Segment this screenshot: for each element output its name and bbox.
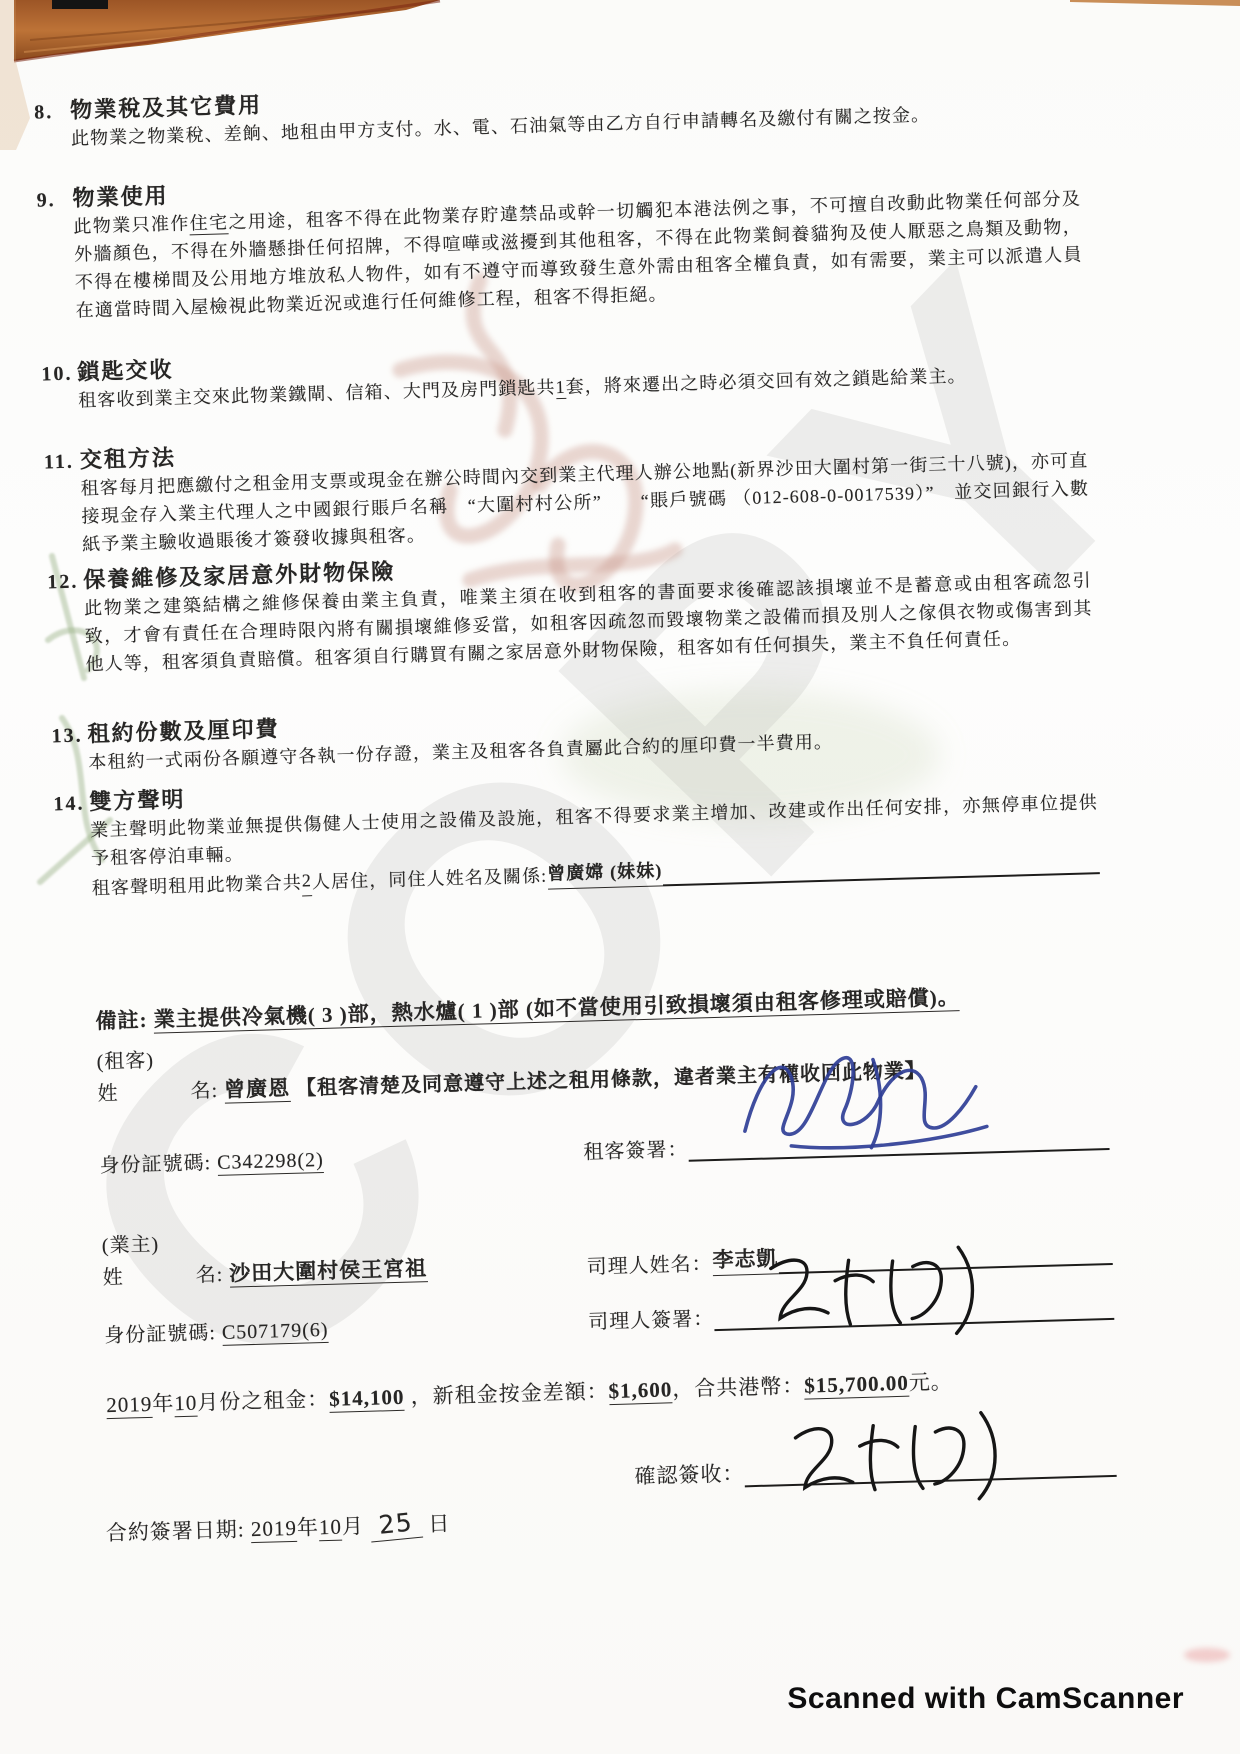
handwritten-day: 25 (369, 1507, 424, 1543)
section-number: 14. (53, 792, 90, 816)
underlined-term: 住宅 (189, 212, 228, 235)
deposit-difference: $1,600 (608, 1377, 672, 1405)
pink-smudge (1184, 1648, 1230, 1662)
section-9: 9.物業使用 此物業只准作住宅之用途，租客不得在此物業存貯違禁品或幹一切觸犯本港… (36, 153, 1084, 325)
unit-text: 月 (342, 1514, 365, 1539)
section-title: 物業使用 (72, 183, 169, 211)
section-title: 租約份數及厘印費 (87, 716, 280, 746)
section-number: 9. (36, 189, 73, 213)
separator-text: ，新租金按金差額： (404, 1379, 609, 1409)
total-amount: $15,700.00 (804, 1371, 909, 1400)
id-label: 身份証號碼: (99, 1152, 211, 1177)
given-name-label: 名: (190, 1080, 218, 1103)
unit-text: 月份之租金： (197, 1387, 330, 1415)
section-number: 10. (41, 363, 78, 387)
underlined-term: 1 (555, 377, 566, 399)
scanned-lease-page: COPY 8.物業稅及其它費用 此物業之物業稅、差餉、地租由甲方支付。水、電、石… (0, 0, 1240, 1754)
section-14: 14.雙方聲明 業主聲明此物業並無提供傷健人士使用之設備及設施，租客不得要求業主… (53, 757, 1100, 903)
owner-party-label: (業主) (101, 1228, 159, 1259)
manager-name-label: 司理人姓名： (586, 1247, 713, 1280)
surname-label: 姓 (97, 1083, 119, 1106)
given-name-label: 名: (195, 1264, 223, 1287)
surname-label: 姓 (102, 1267, 124, 1290)
date-label: 合約簽署日期: (106, 1517, 245, 1545)
confirm-signature (776, 1396, 1025, 1513)
section-title: 交租方法 (80, 445, 177, 473)
cohabitant-name: 曾廣嫦 (妹妹) (547, 856, 663, 889)
id-label: 身份証號碼: (104, 1322, 216, 1347)
document-content: 8.物業稅及其它費用 此物業之物業稅、差餉、地租由甲方支付。水、電、石油氣等由乙… (0, 0, 1240, 1754)
owner-id: C507179(6) (222, 1319, 329, 1346)
remark-text: 業主提供冷氣機( 3 )部，熱水爐( 1 )部 (如不當使用引致損壞須由租客修理… (153, 985, 960, 1034)
unit-text: 年 (152, 1391, 175, 1416)
black-corner-artifact (52, 0, 108, 9)
rent-year: 2019 (106, 1392, 153, 1419)
unit-text: 元。 (908, 1369, 953, 1394)
section-title: 鎖匙交收 (77, 357, 174, 385)
tenant-name: 曾廣恩 (224, 1076, 291, 1104)
separator-text: ，合共港幣： (672, 1374, 805, 1402)
section-number: 12. (47, 570, 84, 594)
blank-line (662, 850, 1100, 887)
camscanner-footer: Scanned with CamScanner (787, 1682, 1184, 1716)
rent-amount: $14,100 (329, 1385, 405, 1413)
body-text: 之用途，租客不得在此物業存貯違禁品或幹一切觸犯本港法例之事，不可擅自改動此物業任… (74, 188, 1083, 320)
body-text: 套，將來遷出之時必須交回有效之鎖匙給業主。 (565, 366, 967, 397)
section-12: 12.保養維修及家居意外財物保險 此物業之建築結構之維修保養由業主負責，唯業主須… (47, 535, 1094, 679)
section-11: 11.交租方法 租客每月把應繳付之租金用支票或現金在辦公時間內交到業主代理人辦公… (43, 415, 1090, 559)
section-number: 13. (51, 724, 88, 748)
tenant-id: C342298(2) (217, 1149, 324, 1176)
tenant-sign-label: 租客簽署： (583, 1133, 689, 1165)
date-year: 2019 (251, 1516, 298, 1543)
body-text: 人居住，同住人姓名及關係: (312, 862, 548, 897)
body-text: 此物業只准作 (73, 213, 190, 236)
unit-text: 日 (428, 1512, 451, 1537)
tenant-party-label: (租客) (96, 1044, 154, 1075)
section-number: 11. (44, 450, 81, 474)
manager-signature (750, 1228, 1005, 1347)
date-month: 10 (319, 1515, 343, 1542)
section-10: 10.鎖匙交收 租客收到業主交來此物業鐵閘、信箱、大門及房門鎖匙共1套，將來遷出… (41, 327, 1086, 415)
owner-name: 沙田大圍村侯王宮祖 (229, 1256, 428, 1288)
desk-edge-artifact (0, 0, 1240, 170)
rent-month: 10 (174, 1391, 198, 1418)
section-title: 雙方聲明 (89, 787, 186, 815)
confirm-label: 確認簽收： (634, 1457, 745, 1490)
unit-text: 年 (297, 1515, 320, 1540)
tenant-signature (724, 1028, 1000, 1166)
remark-line: 備註: 業主提供冷氣機( 3 )部，熱水爐( 1 )部 (如不當使用引致損壞須由… (95, 977, 1105, 1035)
manager-sign-label: 司理人簽署： (588, 1302, 715, 1335)
spacer (119, 1098, 191, 1100)
signing-date-row: 合約簽署日期: 2019年10月 25 日 (105, 1508, 450, 1549)
spacer (124, 1282, 196, 1284)
remark-label: 備註: (95, 1008, 148, 1033)
body-text: 租客聲明租用此物業合共 (91, 868, 302, 902)
